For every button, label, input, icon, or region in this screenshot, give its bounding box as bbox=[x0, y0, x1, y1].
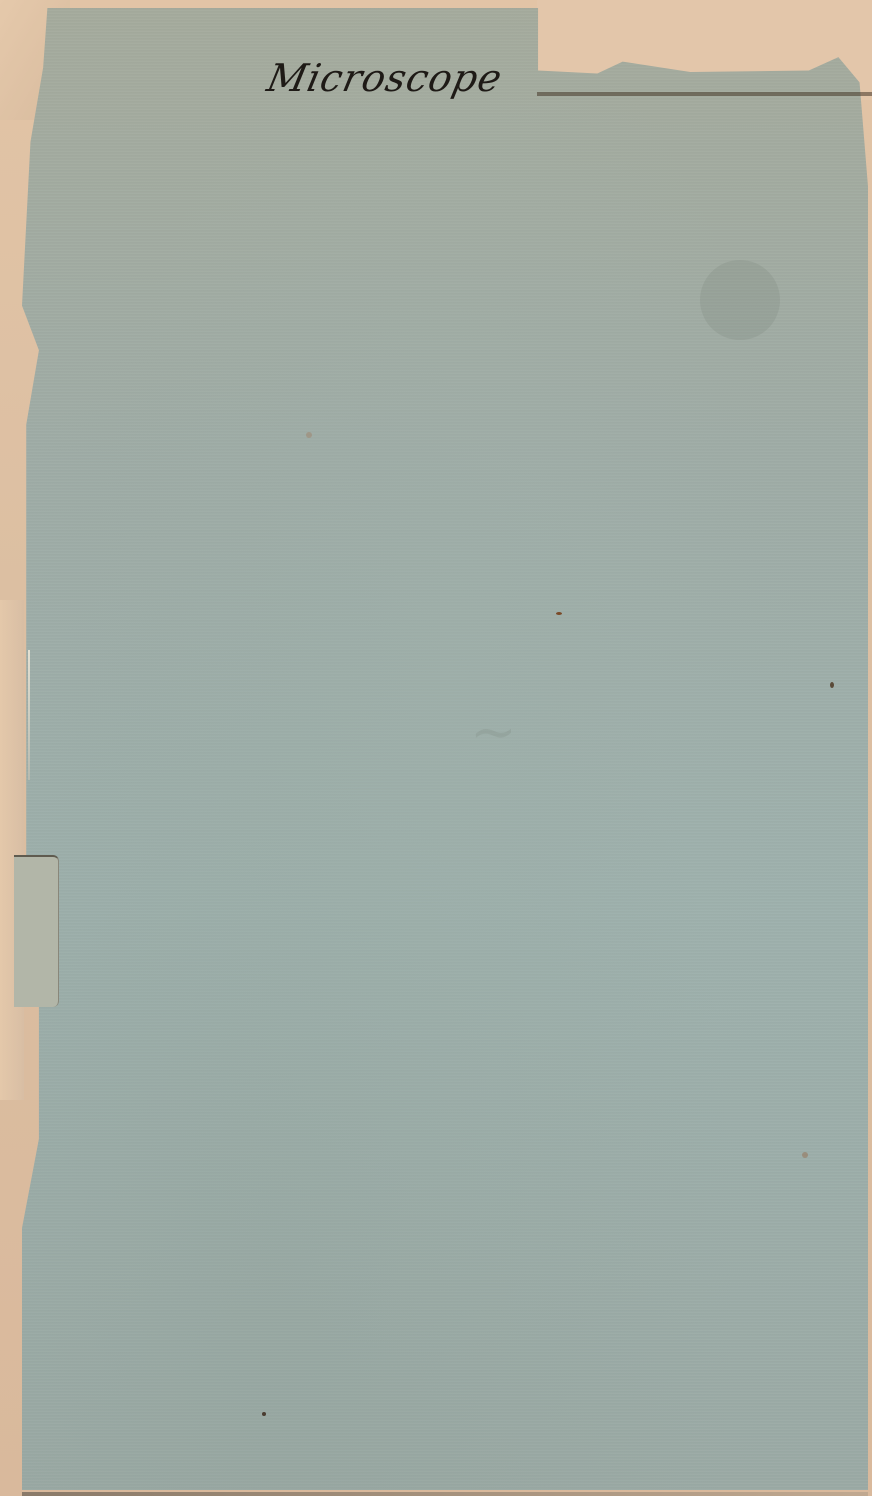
torn-edge-line bbox=[537, 92, 872, 96]
bottom-edge bbox=[22, 1492, 868, 1496]
document-scan: Microscope ~ bbox=[0, 0, 872, 1500]
faint-illegible-mark: ~ bbox=[470, 700, 517, 765]
foxing-spot bbox=[306, 432, 312, 438]
blue-grey-cover bbox=[22, 8, 868, 1496]
left-beige-strip bbox=[0, 600, 24, 1100]
handwritten-label: Microscope bbox=[263, 56, 506, 100]
foxing-spot bbox=[830, 682, 834, 688]
foxing-spot bbox=[262, 1412, 266, 1416]
foxing-spot bbox=[556, 612, 562, 615]
smudge bbox=[700, 260, 780, 340]
left-torn-flap bbox=[14, 855, 59, 1007]
binding-thread bbox=[28, 650, 30, 780]
foxing-spot bbox=[802, 1152, 808, 1158]
